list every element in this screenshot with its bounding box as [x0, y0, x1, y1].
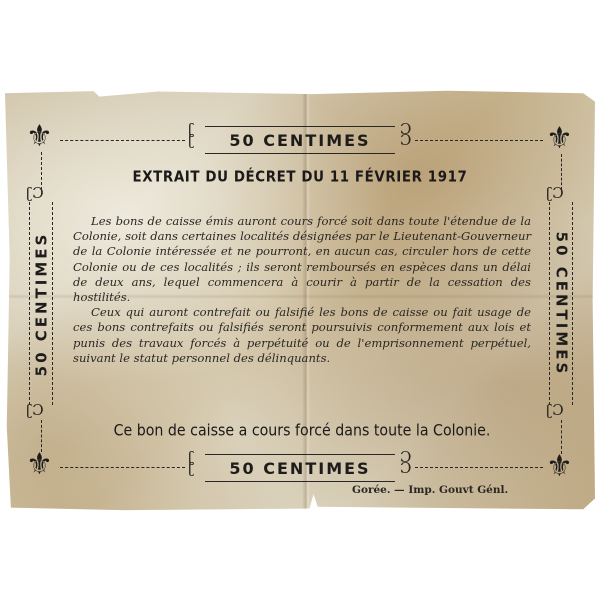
frame-rule-bottom-right [415, 467, 543, 468]
frame-rule-right-bottom [561, 420, 562, 454]
printer-imprint: Gorée. — Imp. Gouvt Génl. [352, 484, 508, 496]
fleur-de-lis-icon: ⚜ [546, 124, 573, 154]
scroll-flourish-icon: ƆƆ [400, 452, 411, 474]
denomination-label-top: 50 CENTIMES [205, 126, 395, 154]
frame-rule-top-left [60, 140, 185, 141]
denomination-label-right: 50 CENTIMES [549, 202, 573, 405]
denomination-text: 50 CENTIMES [229, 459, 370, 478]
frame-rule-top-right [415, 140, 543, 141]
scroll-flourish-icon: ʗƆ [546, 188, 564, 199]
scroll-flourish-icon: ʗʗ [188, 452, 194, 474]
denomination-label-left: 50 CENTIMES [29, 202, 53, 405]
fleur-de-lis-icon: ⚜ [26, 122, 53, 152]
denomination-label-bottom: 50 CENTIMES [205, 454, 395, 482]
frame-rule-bottom-left [60, 467, 185, 468]
scroll-flourish-icon: ʗƆ [26, 188, 44, 199]
scroll-flourish-icon: ʗƆ [26, 405, 44, 416]
legal-tender-statement: Ce bon de caisse a cours forcé dans tout… [72, 422, 532, 440]
decree-text: Les bons de caisse émis auront cours for… [73, 214, 531, 366]
fleur-de-lis-icon: ⚜ [546, 452, 573, 482]
scroll-flourish-icon: ƆƆ [400, 124, 411, 146]
decree-paragraph: Ceux qui auront contrefait ou falsifié l… [73, 305, 531, 366]
denomination-text: 50 CENTIMES [32, 231, 50, 376]
denomination-text: 50 CENTIMES [229, 131, 370, 150]
frame-rule-left-bottom [41, 420, 42, 452]
fleur-de-lis-icon: ⚜ [26, 450, 53, 480]
denomination-text: 50 CENTIMES [552, 231, 570, 376]
decree-paragraph: Les bons de caisse émis auront cours for… [73, 214, 531, 305]
decree-title: EXTRAIT DU DÉCRET DU 11 FÉVRIER 1917 [95, 169, 505, 186]
scroll-flourish-icon: ʗƆ [546, 405, 564, 416]
scroll-flourish-icon: ʗʗ [188, 124, 194, 146]
